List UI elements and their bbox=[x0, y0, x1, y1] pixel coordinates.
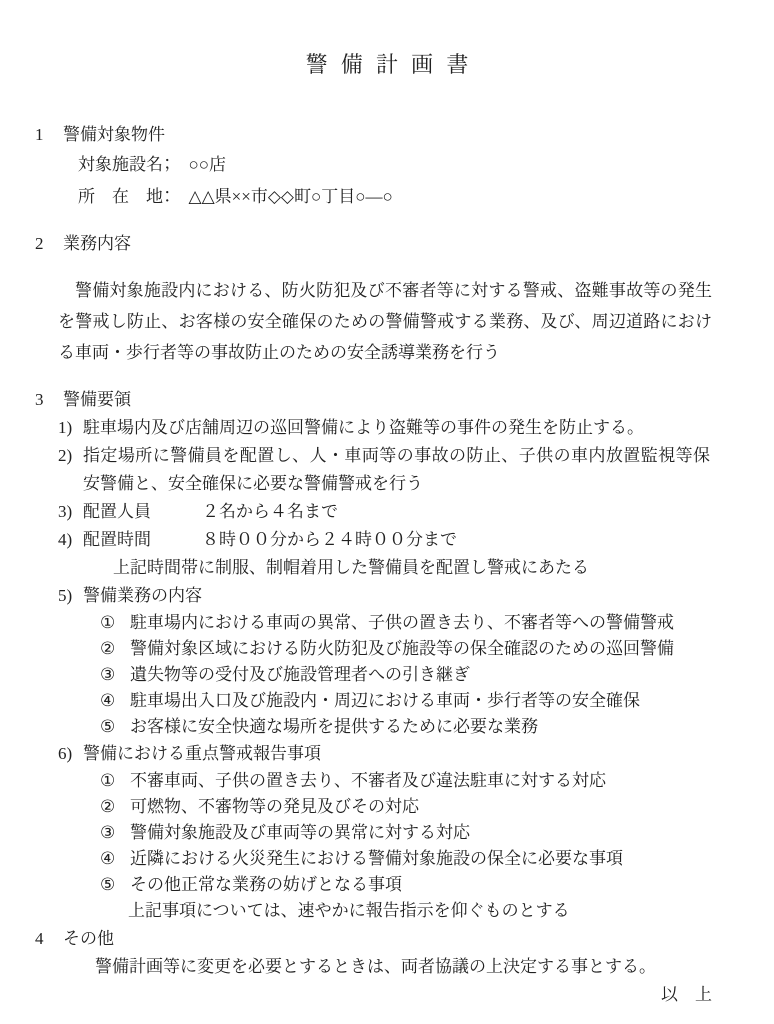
sub-item-text: 警備対象区域における防火防犯及び施設等の保全確認のための巡回警備 bbox=[130, 636, 774, 662]
circled-number-marker: ⑤ bbox=[100, 714, 130, 740]
section-heading-row: 2 業務内容 bbox=[0, 229, 774, 258]
section-target-property: 1 警備対象物件 対象施設名； ○○店 所 在 地： △△県××市◇◇町○丁目○… bbox=[0, 120, 774, 213]
address-line: 所 在 地： △△県××市◇◇町○丁目○―○ bbox=[0, 181, 774, 213]
circled-number-marker: ② bbox=[100, 794, 130, 820]
circled-number-marker: ① bbox=[100, 610, 130, 636]
circled-number-marker: ④ bbox=[100, 688, 130, 714]
circled-number-marker: ② bbox=[100, 636, 130, 662]
section-number: 2 bbox=[35, 229, 63, 258]
list-item-text: 配置人員 ２名から４名まで bbox=[83, 498, 774, 526]
section-other: 4 その他 警備計画等に変更を必要とするときは、両者協議の上決定する事とする。 bbox=[0, 924, 774, 981]
section-heading: 警備要領 bbox=[63, 385, 774, 414]
section-business-description: 2 業務内容 警備対象施設内における、防火防犯及び不審者等に対する警戒、盗難事故… bbox=[0, 229, 774, 368]
sub-item: ④ 近隣における火災発生における警備対象施設の保全に必要な事項 bbox=[0, 846, 774, 872]
section-number: 4 bbox=[35, 924, 63, 953]
list-item-staff-count: 3) 配置人員 ２名から４名まで bbox=[0, 498, 774, 526]
section-heading: その他 bbox=[63, 924, 774, 953]
sub-item-text: 警備対象施設及び車両等の異常に対する対応 bbox=[130, 820, 774, 846]
sub-item-text: 駐車場出入口及び施設内・周辺における車両・歩行者等の安全確保 bbox=[130, 688, 774, 714]
section-heading: 業務内容 bbox=[63, 229, 774, 258]
sub-item: ⑤ お客様に安全快適な場所を提供するために必要な業務 bbox=[0, 714, 774, 740]
list-item-marker: 1) bbox=[58, 414, 83, 442]
circled-number-marker: ① bbox=[100, 768, 130, 794]
list-item-marker: 3) bbox=[58, 498, 83, 526]
facility-name-line: 対象施設名； ○○店 bbox=[0, 149, 774, 181]
sub-item: ② 警備対象区域における防火防犯及び施設等の保全確認のための巡回警備 bbox=[0, 636, 774, 662]
sub-item-text: 不審車両、子供の置き去り、不審者及び違法駐車に対する対応 bbox=[130, 768, 774, 794]
sub-item: ① 不審車両、子供の置き去り、不審者及び違法駐車に対する対応 bbox=[0, 768, 774, 794]
sub-item-text: 近隣における火災発生における警備対象施設の保全に必要な事項 bbox=[130, 846, 774, 872]
circled-number-marker: ③ bbox=[100, 820, 130, 846]
list-item-marker: 4) bbox=[58, 526, 83, 554]
section-number: 1 bbox=[35, 120, 63, 149]
list-item-marker: 2) bbox=[58, 442, 83, 498]
list-item-text: 駐車場内及び店舗周辺の巡回警備により盗難等の事件の発生を防止する。 bbox=[83, 414, 774, 442]
sub-item: ③ 遺失物等の受付及び施設管理者への引き継ぎ bbox=[0, 662, 774, 688]
list-item-hours: 4) 配置時間 ８時００分から２４時００分まで bbox=[0, 526, 774, 554]
section-heading: 警備対象物件 bbox=[63, 120, 774, 149]
document-title: 警備計画書 bbox=[0, 50, 774, 80]
business-description-paragraph: 警備対象施設内における、防火防犯及び不審者等に対する警戒、盗難事故等の発生を警戒… bbox=[58, 275, 712, 368]
list-item-text: 配置時間 ８時００分から２４時００分まで bbox=[83, 526, 774, 554]
circled-number-marker: ⑤ bbox=[100, 872, 130, 898]
list-item-marker: 5) bbox=[58, 582, 83, 610]
circled-number-marker: ③ bbox=[100, 662, 130, 688]
closing-label: 以 上 bbox=[0, 981, 774, 1009]
report-instruction-note-line: 上記事項については、速やかに報告指示を仰ぐものとする bbox=[0, 898, 774, 924]
sub-item-text: その他正常な業務の妨げとなる事項 bbox=[130, 872, 774, 898]
revision-clause-paragraph: 警備計画等に変更を必要とするときは、両者協議の上決定する事とする。 bbox=[0, 953, 774, 981]
section-heading-row: 3 警備要領 bbox=[0, 385, 774, 414]
sub-item: ③ 警備対象施設及び車両等の異常に対する対応 bbox=[0, 820, 774, 846]
sub-item-text: 可燃物、不審物等の発見及びその対応 bbox=[130, 794, 774, 820]
list-item-marker: 6) bbox=[58, 740, 83, 768]
sub-item: ① 駐車場内における車両の異常、子供の置き去り、不審者等への警備警戒 bbox=[0, 610, 774, 636]
section-security-procedures: 3 警備要領 1) 駐車場内及び店舗周辺の巡回警備により盗難等の事件の発生を防止… bbox=[0, 385, 774, 924]
uniform-note-line: 上記時間帯に制服、制帽着用した警備員を配置し警戒にあたる bbox=[0, 554, 774, 582]
list-item-patrol: 1) 駐車場内及び店舗周辺の巡回警備により盗難等の事件の発生を防止する。 bbox=[0, 414, 774, 442]
section-heading-row: 1 警備対象物件 bbox=[0, 120, 774, 149]
list-item-duties: 5) 警備業務の内容 bbox=[0, 582, 774, 610]
sub-item-text: お客様に安全快適な場所を提供するために必要な業務 bbox=[130, 714, 774, 740]
document-page: 警備計画書 1 警備対象物件 対象施設名； ○○店 所 在 地： △△県××市◇… bbox=[0, 0, 774, 1024]
sub-item-text: 駐車場内における車両の異常、子供の置き去り、不審者等への警備警戒 bbox=[130, 610, 774, 636]
sub-item: ④ 駐車場出入口及び施設内・周辺における車両・歩行者等の安全確保 bbox=[0, 688, 774, 714]
list-item-stationing: 2) 指定場所に警備員を配置し、人・車両等の事故の防止、子供の車内放置監視等保安… bbox=[0, 442, 774, 498]
circled-number-marker: ④ bbox=[100, 846, 130, 872]
list-item-text: 警備業務の内容 bbox=[83, 582, 774, 610]
section-number: 3 bbox=[35, 385, 63, 414]
sub-item: ② 可燃物、不審物等の発見及びその対応 bbox=[0, 794, 774, 820]
sub-item: ⑤ その他正常な業務の妨げとなる事項 bbox=[0, 872, 774, 898]
list-item-priority-reports: 6) 警備における重点警戒報告事項 bbox=[0, 740, 774, 768]
sub-item-text: 遺失物等の受付及び施設管理者への引き継ぎ bbox=[130, 662, 774, 688]
list-item-text: 指定場所に警備員を配置し、人・車両等の事故の防止、子供の車内放置監視等保安警備と… bbox=[83, 442, 774, 498]
section-heading-row: 4 その他 bbox=[0, 924, 774, 953]
list-item-text: 警備における重点警戒報告事項 bbox=[83, 740, 774, 768]
